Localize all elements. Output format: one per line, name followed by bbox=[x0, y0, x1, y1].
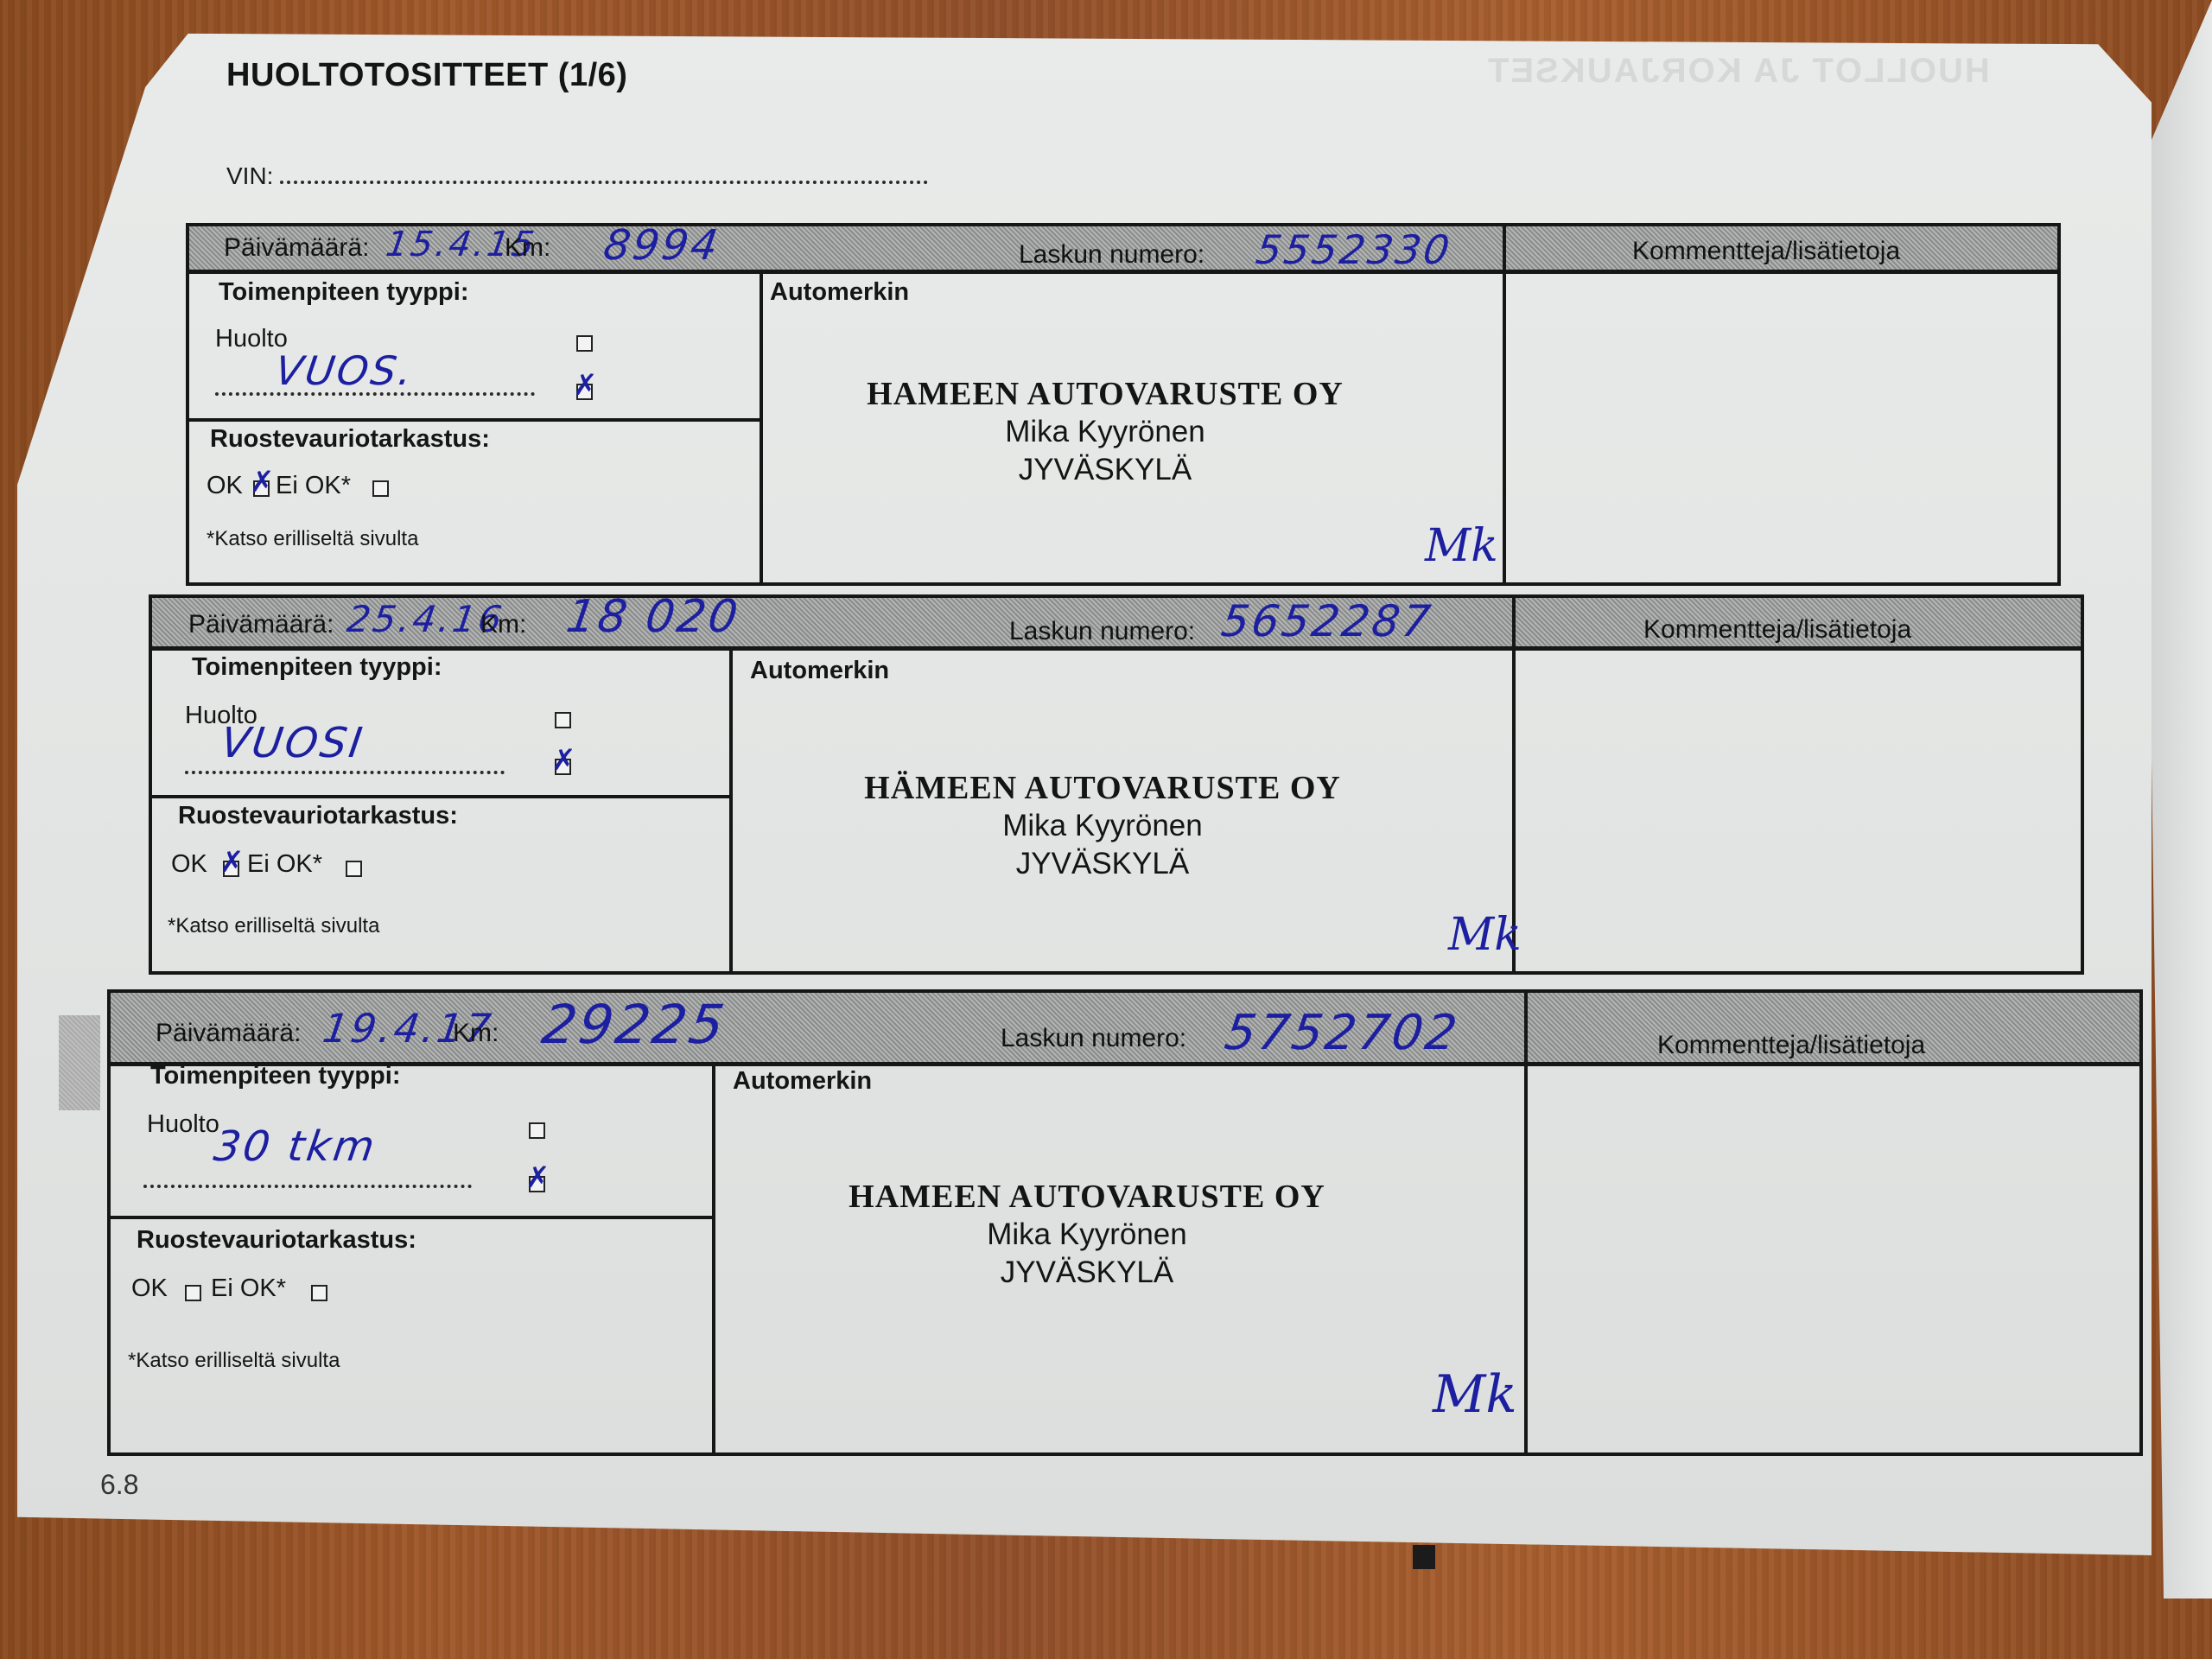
signature: Mk bbox=[1433, 1364, 1517, 1425]
rust-check-label: Ruostevauriotarkastus: bbox=[210, 425, 490, 454]
operation-type-label: Toimenpiteen tyyppi: bbox=[192, 653, 442, 682]
bleed-through-text: HUOLLOT JA KORJAUKSET bbox=[1486, 52, 1990, 91]
other-service-checkbox[interactable] bbox=[576, 384, 593, 400]
invoice-label: Laskun numero: bbox=[1019, 240, 1205, 270]
operation-type-label: Toimenpiteen tyyppi: bbox=[219, 278, 468, 307]
service-note-line bbox=[185, 771, 505, 774]
service-note-line bbox=[143, 1185, 472, 1188]
comments-field[interactable] bbox=[1516, 650, 2081, 971]
comments-header: Kommentteja/lisätietoja bbox=[1632, 237, 1900, 266]
vin-input-line[interactable] bbox=[280, 165, 928, 184]
invoice-label: Laskun numero: bbox=[1009, 617, 1195, 646]
vin-field[interactable]: VIN: bbox=[226, 162, 928, 190]
service-note[interactable]: 30 tkm bbox=[211, 1122, 380, 1171]
workshop-stamp-label: Automerkin bbox=[733, 1067, 872, 1096]
rust-not-ok-label: Ei OK* bbox=[247, 850, 322, 879]
comments-header: Kommentteja/lisätietoja bbox=[1657, 1031, 1925, 1060]
rust-ok-checkbox[interactable] bbox=[223, 861, 239, 877]
service-entry-1: Päivämäärä: 15.4.15 Km: 8994 Laskun nume… bbox=[186, 223, 2061, 586]
vin-label: VIN: bbox=[226, 162, 273, 189]
invoice-value[interactable]: 5552330 bbox=[1253, 226, 1454, 273]
date-label: Päivämäärä: bbox=[188, 610, 334, 639]
rust-not-ok-checkbox[interactable] bbox=[311, 1285, 327, 1301]
entry-header: Päivämäärä: 25.4.16 Km: 18 020 Laskun nu… bbox=[152, 598, 2081, 651]
page-number: 6.8 bbox=[100, 1469, 138, 1501]
workshop-stamp: HÄMEEN AUTOVARUSTE OY Mika Kyyrönen JYVÄ… bbox=[835, 769, 1370, 881]
rust-ok-checkbox[interactable] bbox=[185, 1285, 201, 1301]
rust-ok-label: OK bbox=[131, 1274, 168, 1303]
entry-header: Päivämäärä: 15.4.15 Km: 8994 Laskun nume… bbox=[189, 226, 2057, 274]
service-label: Huolto bbox=[147, 1110, 219, 1139]
workshop-stamp-label: Automerkin bbox=[770, 278, 909, 307]
other-service-checkbox[interactable] bbox=[529, 1176, 545, 1192]
signature: Mk bbox=[1425, 520, 1498, 572]
operation-type-label: Toimenpiteen tyyppi: bbox=[150, 1062, 400, 1090]
cell-divider bbox=[111, 1216, 712, 1219]
service-note[interactable]: VUOSI bbox=[218, 719, 367, 767]
workshop-stamp: HAMEEN AUTOVARUSTE OY Mika Kyyrönen JYVÄ… bbox=[802, 1178, 1372, 1290]
rust-ok-label: OK bbox=[171, 850, 207, 879]
km-label: Km: bbox=[480, 610, 526, 639]
service-checkbox[interactable] bbox=[576, 335, 593, 352]
stamp-company: HAMEEN AUTOVARUSTE OY bbox=[846, 375, 1364, 413]
cell-divider bbox=[189, 418, 760, 422]
invoice-value[interactable]: 5652287 bbox=[1218, 596, 1436, 646]
comments-header: Kommentteja/lisätietoja bbox=[1643, 615, 1911, 645]
column-divider bbox=[760, 270, 763, 582]
service-note[interactable]: VUOS. bbox=[272, 347, 417, 394]
comments-field[interactable] bbox=[1506, 274, 2057, 582]
rust-not-ok-label: Ei OK* bbox=[211, 1274, 286, 1303]
service-note-line bbox=[215, 392, 535, 396]
rust-not-ok-checkbox[interactable] bbox=[346, 861, 362, 877]
stamp-person: Mika Kyyrönen bbox=[835, 809, 1370, 843]
rust-ok-label: OK bbox=[207, 472, 243, 500]
signature: Mk bbox=[1448, 909, 1522, 961]
km-label: Km: bbox=[505, 233, 550, 263]
footnote: *Katso erilliseltä sivulta bbox=[128, 1349, 340, 1373]
date-label: Päivämäärä: bbox=[156, 1019, 301, 1048]
stamp-person: Mika Kyyrönen bbox=[802, 1217, 1372, 1252]
service-checkbox[interactable] bbox=[529, 1122, 545, 1139]
stamp-company: HÄMEEN AUTOVARUSTE OY bbox=[835, 769, 1370, 807]
footnote: *Katso erilliseltä sivulta bbox=[207, 527, 418, 551]
stamp-city: JYVÄSKYLÄ bbox=[802, 1255, 1372, 1290]
cell-divider bbox=[152, 795, 729, 798]
km-label: Km: bbox=[453, 1019, 499, 1048]
page-edge-marker bbox=[1413, 1545, 1435, 1569]
km-value[interactable]: 8994 bbox=[601, 221, 723, 270]
rust-not-ok-label: Ei OK* bbox=[276, 472, 351, 500]
workshop-stamp: HAMEEN AUTOVARUSTE OY Mika Kyyrönen JYVÄ… bbox=[846, 375, 1364, 487]
page-title: HUOLTOTOSITTEET (1/6) bbox=[226, 57, 627, 94]
column-divider bbox=[712, 1062, 715, 1452]
date-label: Päivämäärä: bbox=[224, 233, 369, 263]
rust-not-ok-checkbox[interactable] bbox=[372, 480, 389, 497]
service-checkbox[interactable] bbox=[555, 712, 571, 728]
km-value[interactable]: 29225 bbox=[538, 993, 730, 1056]
column-divider bbox=[729, 646, 733, 971]
stamp-person: Mika Kyyrönen bbox=[846, 415, 1364, 449]
invoice-value[interactable]: 5752702 bbox=[1221, 1005, 1463, 1061]
workshop-stamp-label: Automerkin bbox=[750, 657, 889, 685]
service-label: Huolto bbox=[215, 325, 288, 353]
rust-check-label: Ruostevauriotarkastus: bbox=[178, 802, 458, 830]
stamp-company: HAMEEN AUTOVARUSTE OY bbox=[802, 1178, 1372, 1216]
stamp-city: JYVÄSKYLÄ bbox=[846, 453, 1364, 487]
service-entry-2: Päivämäärä: 25.4.16 Km: 18 020 Laskun nu… bbox=[149, 594, 2084, 975]
service-entry-3: Päivämäärä: 19.4.17 Km: 29225 Laskun num… bbox=[107, 989, 2143, 1456]
section-tab-marker bbox=[59, 1015, 100, 1110]
invoice-label: Laskun numero: bbox=[1001, 1024, 1186, 1053]
rust-ok-checkbox[interactable] bbox=[253, 480, 270, 497]
comments-field[interactable] bbox=[1528, 1065, 2139, 1452]
stamp-city: JYVÄSKYLÄ bbox=[835, 847, 1370, 881]
footnote: *Katso erilliseltä sivulta bbox=[168, 914, 379, 938]
rust-check-label: Ruostevauriotarkastus: bbox=[137, 1226, 416, 1255]
entry-header: Päivämäärä: 19.4.17 Km: 29225 Laskun num… bbox=[111, 993, 2139, 1066]
other-service-checkbox[interactable] bbox=[555, 759, 571, 775]
km-value[interactable]: 18 020 bbox=[563, 591, 743, 643]
